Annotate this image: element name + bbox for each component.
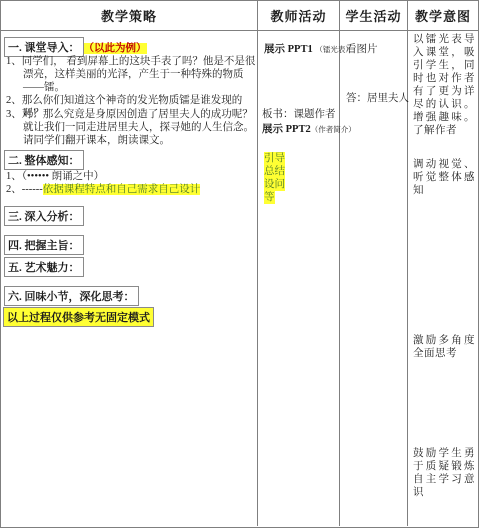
section-2-heading: 二. 整体感知： [4, 150, 84, 170]
section-3-boxed-title: 三. 深入分析： [4, 206, 84, 226]
teacher-guide-keywords: 引导 总结 设问 等 [264, 152, 285, 204]
section-1-heading: 一. 课堂导入：（以此为例） [4, 37, 147, 57]
teacher-ppt2-label: 展示 PPT2 [262, 124, 311, 135]
intent-block-4: 鼓励学生勇于质疑锻炼自主学习意识 [413, 447, 475, 499]
guide-keyword-4: 等 [264, 191, 275, 204]
guide-keyword-2: 总结 [264, 165, 285, 178]
header-teaching-intent: 教学意图 [408, 1, 478, 31]
guide-keyword-3: 设问 [264, 178, 285, 191]
section-1-highlight-note: （以此为例） [84, 43, 147, 54]
student-action-1: 看图片 [346, 43, 378, 56]
teacher-board-note: 板书：课题作者 [262, 108, 336, 121]
section-2-item-2: 2、------依据课程特点和自己需求自己设计 [6, 183, 200, 196]
intent-block-2: 调动视觉、听觉整体感知 [413, 158, 475, 197]
intent-block-3: 激励多角度全面思考 [413, 334, 475, 360]
section-6-heading: 六. 回味小节，深化思考： [4, 286, 139, 306]
section-5-heading: 五. 艺术魅力： [4, 257, 84, 277]
section-2-item-2-highlight: 依据课程特点和自己需求自己设计 [43, 184, 201, 195]
cell-teacher-activity: 展示 PPT1 （镭光表） 板书：课题作者 展示 PPT2（作者简介） 引导 总… [258, 31, 340, 526]
header-student-activity: 学生活动 [340, 1, 408, 31]
table-header-row: 教学策略 教师活动 学生活动 教学意图 [1, 1, 478, 31]
student-action-2: 答：居里夫人 [346, 92, 409, 105]
cell-student-activity: 看图片 答：居里夫人 [340, 31, 408, 526]
header-teacher-activity: 教师活动 [258, 1, 340, 31]
intro-item-3: 3、对！那么究竟是身原因创造了居里夫人的成功呢？就让我们一同走进居里夫人，探寻她… [6, 108, 263, 147]
lesson-plan-document: 教学策略 教师活动 学生活动 教学意图 一. 课堂导入：（以此为例） 1、同学们… [0, 0, 479, 532]
section-5-boxed-title: 五. 艺术魅力： [4, 257, 84, 277]
section-2-item-2-prefix: 2、------ [6, 184, 43, 195]
section-4-heading: 四. 把握主旨： [4, 235, 84, 255]
footer-note-boxed: 以上过程仅供参考无固定模式 [3, 307, 154, 327]
section-3-heading: 三. 深入分析： [4, 206, 84, 226]
section-4-boxed-title: 四. 把握主旨： [4, 235, 84, 255]
lesson-plan-table: 教学策略 教师活动 学生活动 教学意图 一. 课堂导入：（以此为例） 1、同学们… [0, 0, 479, 528]
guide-keyword-1: 引导 [264, 152, 285, 165]
cell-teaching-strategy: 一. 课堂导入：（以此为例） 1、同学们， 看到屏幕上的这块手表了吗？他是不是很… [1, 31, 258, 526]
strategy-footer-note: 以上过程仅供参考无固定模式 [3, 307, 154, 327]
section-6-boxed-title: 六. 回味小节，深化思考： [4, 286, 139, 306]
section-2-item-1: 1、（•••••• 朗诵之中） [6, 170, 104, 183]
intro-item-1: 1、同学们， 看到屏幕上的这块手表了吗？他是不是很漂亮，这样美丽的光泽，产生于一… [6, 55, 263, 94]
section-2-boxed-title: 二. 整体感知： [4, 150, 84, 170]
intent-block-1: 以镭光表导入课堂，吸引学生，同时也对作者有了更为详尽的认识。增强趣味。了解作者 [413, 33, 475, 137]
section-1-boxed-title: 一. 课堂导入： [4, 37, 84, 57]
teacher-ppt1-label: 展示 PPT1 [264, 44, 313, 55]
header-teaching-strategy: 教学策略 [1, 1, 258, 31]
cell-teaching-intent: 以镭光表导入课堂，吸引学生，同时也对作者有了更为详尽的认识。增强趣味。了解作者 … [408, 31, 478, 526]
table-body-row: 一. 课堂导入：（以此为例） 1、同学们， 看到屏幕上的这块手表了吗？他是不是很… [1, 31, 478, 526]
